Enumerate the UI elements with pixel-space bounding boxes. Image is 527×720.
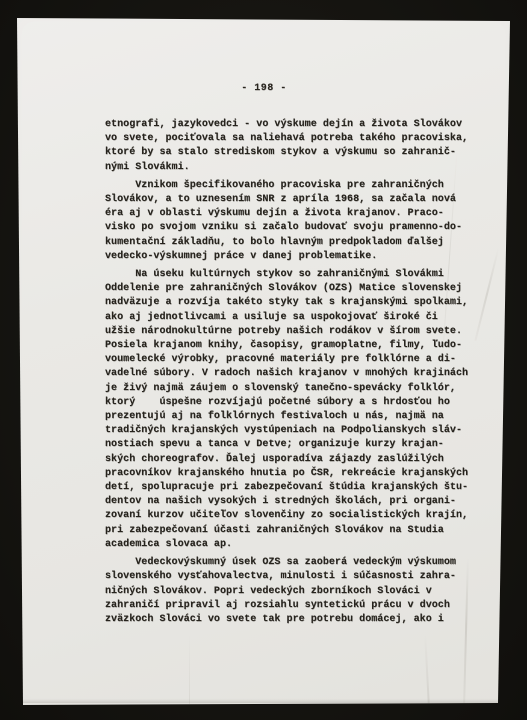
paragraph-1: etnografi, jazykovedci - vo výskume dejí… <box>105 118 471 175</box>
paper-crease <box>189 634 190 704</box>
paragraph-3: Na úseku kultúrnych stykov so zahraničný… <box>105 268 471 552</box>
scan-photo-background: - 198 - etnografi, jazykovedci - vo výsk… <box>0 0 527 720</box>
paper-crease <box>474 247 499 341</box>
paragraph-2: Vznikom špecifikovaného pracoviska pre z… <box>105 179 471 264</box>
paper-crease <box>424 634 430 706</box>
document-body: etnografi, jazykovedci - vo výskume dejí… <box>105 118 471 631</box>
paragraph-4: Vedeckovýskumný úsek OZS sa zaoberá vede… <box>105 556 471 627</box>
page-number: - 198 - <box>105 83 423 95</box>
document-page: - 198 - etnografi, jazykovedci - vo výsk… <box>0 0 527 720</box>
paper-edge-shadow <box>23 699 499 703</box>
